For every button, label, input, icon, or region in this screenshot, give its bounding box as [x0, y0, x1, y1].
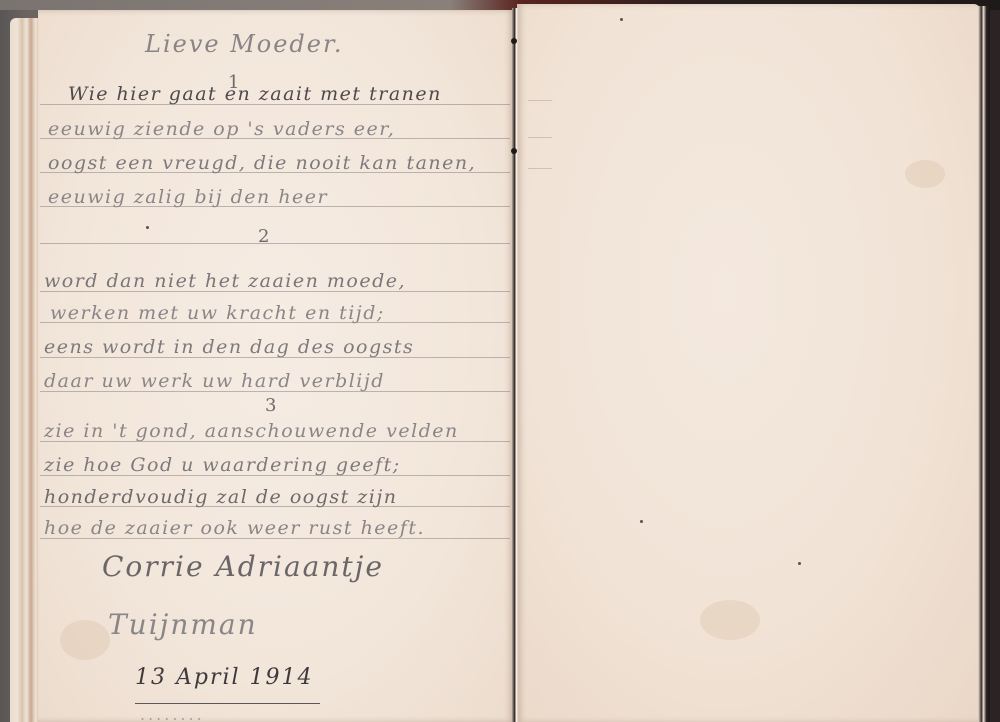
poem-line: word dan niet het zaaien moede,: [44, 270, 406, 292]
poem-line: honderdvoudig zal de oogst zijn: [44, 486, 398, 508]
ruled-line-stub: [528, 168, 552, 169]
poem-line: eens wordt in den dag des oogsts: [44, 336, 414, 358]
ink-speck: [640, 520, 643, 523]
poem-title: Lieve Moeder.: [145, 30, 343, 58]
paper-stain: [60, 620, 110, 660]
signature-date: 13 April 1914: [135, 665, 314, 690]
paper-stain: [905, 160, 945, 188]
signature-surname: Tuijnman: [108, 608, 258, 641]
ruled-line-stub: [528, 137, 552, 138]
faint-bottom-text: ........: [140, 705, 205, 722]
date-underline: [135, 703, 320, 704]
ruled-line-stub: [528, 100, 552, 101]
poem-line: oogst een vreugd, die nooit kan tanen,: [48, 152, 476, 174]
signature-first-names: Corrie Adriaantje: [102, 550, 384, 583]
poem-line: zie hoe God u waardering geeft;: [44, 454, 401, 476]
binding-hole: [511, 38, 517, 44]
poem-line: daar uw werk uw hard verblijd: [44, 370, 385, 392]
book-spine: [512, 8, 518, 722]
scanned-notebook-spread: Lieve Moeder. 1 Wie hier gaat en zaait m…: [0, 0, 1000, 722]
paper-stain: [700, 600, 760, 640]
ink-speck: [798, 562, 801, 565]
ink-speck: [146, 226, 149, 229]
ruled-line: [40, 243, 510, 244]
stanza-number: 3: [265, 395, 278, 416]
page-stack-left: [10, 18, 40, 722]
poem-line: hoe de zaaier ook weer rust heeft.: [44, 517, 425, 539]
poem-line: zie in 't gond, aanschouwende velden: [44, 420, 459, 442]
stanza-number: 2: [258, 226, 271, 247]
ink-speck: [620, 18, 623, 21]
poem-line: werken met uw kracht en tijd;: [50, 302, 385, 324]
poem-line: eeuwig zalig bij den heer: [48, 186, 328, 208]
binding-hole: [511, 148, 517, 154]
poem-line: Wie hier gaat en zaait met tranen: [68, 83, 442, 105]
page-stack-right: [978, 6, 990, 722]
poem-line: eeuwig ziende op 's vaders eer,: [48, 118, 395, 140]
